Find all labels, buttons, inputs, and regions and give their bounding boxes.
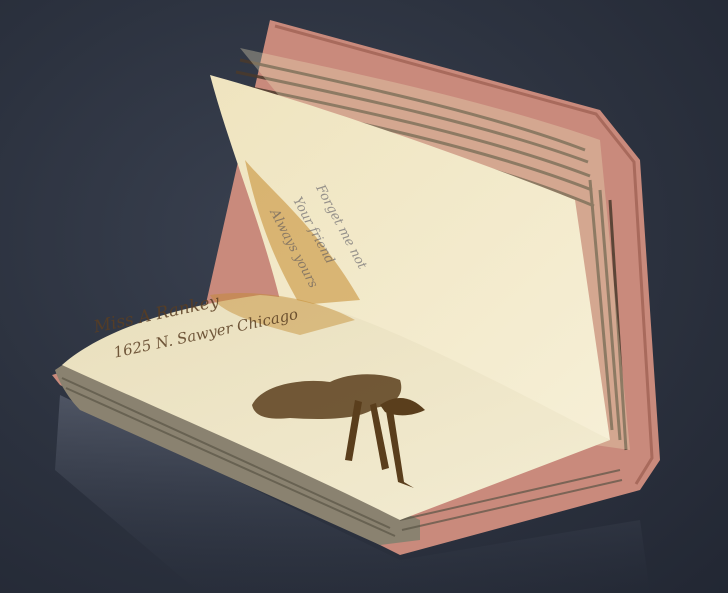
book-illustration	[0, 0, 728, 593]
photo-scene: Miss A Rankey 1625 N. Sawyer Chicago For…	[0, 0, 728, 593]
